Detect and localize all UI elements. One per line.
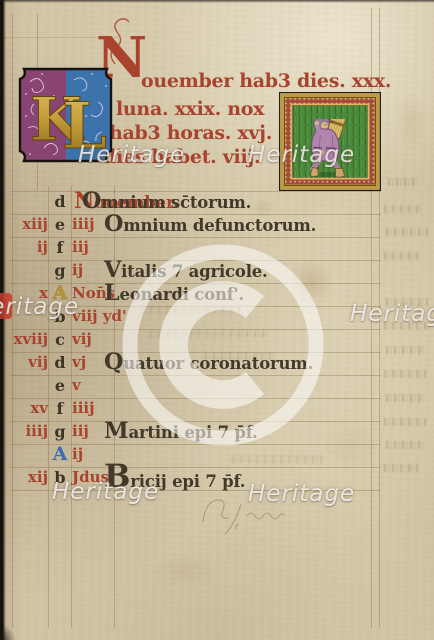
page-top-edge xyxy=(0,0,434,3)
golden-number: xv xyxy=(10,397,48,420)
feast-text: Omnium defunctorum. xyxy=(104,213,316,237)
golden-number: ij xyxy=(10,236,48,259)
roman-day-number: iij xyxy=(72,236,89,259)
heritage-watermark: Heritage xyxy=(78,142,185,168)
showthrough-mark xyxy=(386,346,426,354)
heritage-watermark: Heritage xyxy=(52,479,159,505)
right-boot xyxy=(336,169,345,178)
header-line-2: luna. xxix. nox xyxy=(116,98,264,120)
roman-day-number: ij xyxy=(72,259,83,282)
header-line-1: ouember hab3 dies. xxx. xyxy=(141,70,391,92)
showthrough-mark xyxy=(386,441,426,449)
roman-day-number: iij xyxy=(72,420,89,443)
dominical-letter: g xyxy=(50,259,70,282)
roman-day-number: vj xyxy=(72,351,86,374)
roman-day-number: iiij xyxy=(72,397,95,420)
calendar-row: xiijeiiijOmnium defunctorum. xyxy=(0,213,434,236)
showthrough-mark xyxy=(384,418,428,426)
heritage-watermark: Heritage xyxy=(248,142,355,168)
showthrough-mark xyxy=(388,178,418,186)
dominical-letter: g xyxy=(50,420,70,443)
dominical-letter: f xyxy=(50,236,70,259)
dominical-letter: e xyxy=(50,213,70,236)
showthrough-mark xyxy=(384,464,420,472)
header-line-3: hab3 horas. xvj. xyxy=(109,122,272,144)
roman-day-number: iiij xyxy=(72,213,95,236)
left-boot xyxy=(311,168,319,177)
heritage-watermark: Heritage xyxy=(248,481,355,507)
showthrough-mark xyxy=(386,228,430,236)
calendar-row: dNouember.Omnium sc̄torum. xyxy=(0,190,434,213)
dominical-letter: c xyxy=(50,328,70,351)
face xyxy=(321,122,329,130)
initial-flourish xyxy=(99,14,133,68)
golden-number: xij xyxy=(10,466,48,489)
roman-day-number: v xyxy=(72,374,81,397)
dominical-letter: d xyxy=(50,351,70,374)
golden-number: iiij xyxy=(10,420,48,443)
dominical-letter: f xyxy=(50,397,70,420)
showthrough-mark xyxy=(386,394,424,402)
dominical-letter: A xyxy=(50,443,70,466)
dominical-letter: d xyxy=(50,190,70,213)
manuscript-photo: N ouember hab3 dies. xxx. luna. xxix. no… xyxy=(0,0,434,640)
roman-day-number: vij xyxy=(72,328,92,351)
page-corner-shadow xyxy=(0,624,16,640)
dominical-letter: e xyxy=(50,374,70,397)
showthrough-mark xyxy=(232,455,324,463)
showthrough-mark xyxy=(384,370,428,378)
copyright-watermark-icon xyxy=(118,240,328,450)
roman-day-number: ij xyxy=(72,443,83,466)
golden-number: vij xyxy=(10,351,48,374)
golden-number: xiij xyxy=(10,213,48,236)
showthrough-mark xyxy=(384,205,424,213)
page-left-edge xyxy=(0,0,6,640)
showthrough-mark xyxy=(384,252,420,260)
golden-number: xviij xyxy=(10,328,48,351)
heritage-watermark: Heritage xyxy=(0,294,79,320)
heritage-watermark: Heritage xyxy=(350,301,434,327)
